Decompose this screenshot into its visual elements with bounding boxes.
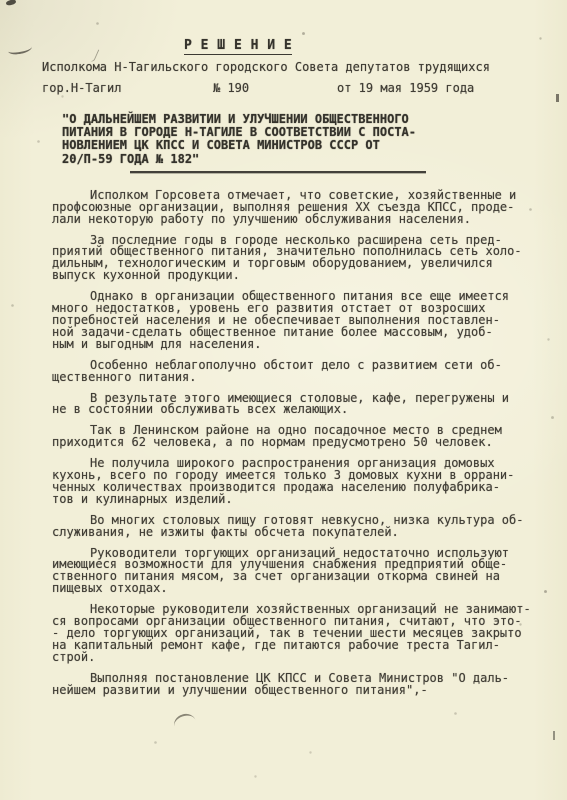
paragraph: Выполняя постановление ЦК КПСС и Совета … xyxy=(52,673,538,697)
paragraph: Исполком Горсовета отмечает, что советск… xyxy=(52,190,538,226)
scanned-document-page: Р Е Ш Е Н И Е Исполкома Н-Тагильского го… xyxy=(0,0,567,800)
paragraph: За последние годы в городе несколько рас… xyxy=(52,235,538,283)
decision-number: № 190 xyxy=(213,81,249,95)
edge-tick-mark xyxy=(556,94,559,102)
paragraph: Так в Ленинском районе на одно посадочно… xyxy=(52,425,538,449)
paragraph: Не получила широкого распространения орг… xyxy=(52,458,538,506)
subject-title: "О ДАЛЬНЕЙШЕМ РАЗВИТИИ И УЛУЧШЕНИИ ОБЩЕС… xyxy=(62,113,442,166)
issuing-body-line: Исполкома Н-Тагильского городского Совет… xyxy=(42,60,542,74)
paper-speckles xyxy=(0,0,1,1)
edge-tick-mark xyxy=(553,731,555,740)
paragraph: Во многих столовых пищу готовят невкусно… xyxy=(52,515,538,539)
typed-content: Р Е Ш Е Н И Е Исполкома Н-Тагильского го… xyxy=(42,0,542,706)
pencil-squiggle-mark xyxy=(7,43,32,56)
paragraph: Некоторые руководители хозяйственных орг… xyxy=(52,604,538,664)
decision-heading: Р Е Ш Е Н И Е xyxy=(184,38,292,55)
paragraph: Руководители торгующих организаций недос… xyxy=(52,548,538,596)
decision-date: от 19 мая 1959 года xyxy=(337,81,474,95)
paragraph: Особенно неблагополучно обстоит дело с р… xyxy=(52,360,538,384)
divider-line xyxy=(130,171,426,173)
ink-blob-mark xyxy=(6,0,17,6)
decision-meta-row: гор.Н-Тагил № 190 от 19 мая 1959 года xyxy=(42,81,542,96)
paragraph: В результате этого имеющиеся столовые, к… xyxy=(52,393,538,417)
city-label: гор.Н-Тагил xyxy=(42,81,121,95)
document-body: Исполком Горсовета отмечает, что советск… xyxy=(52,190,538,697)
curved-scratch-mark xyxy=(172,711,199,736)
paragraph: Однако в организации общественного питан… xyxy=(52,291,538,351)
